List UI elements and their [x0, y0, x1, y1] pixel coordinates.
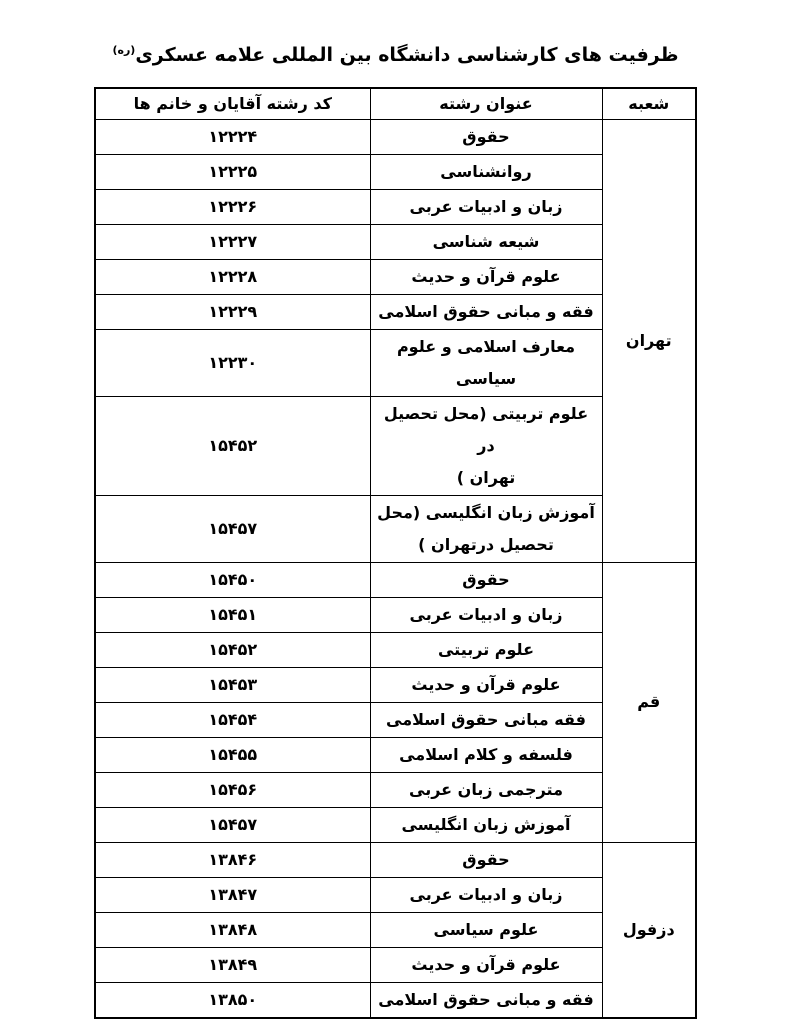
document-page: ظرفیت های کارشناسی دانشگاه بین المللی عل…: [0, 0, 791, 1024]
field-cell: زبان و ادبیات عربی: [370, 877, 602, 912]
field-cell: فقه و مبانی حقوق اسلامی: [370, 294, 602, 329]
field-cell: حقوق: [370, 119, 602, 154]
header-row: شعبه عنوان رشته کد رشته آقایان و خانم ها: [95, 88, 696, 120]
header-branch: شعبه: [602, 88, 696, 120]
field-cell: معارف اسلامی و علوم سیاسی: [370, 329, 602, 396]
field-cell: فلسفه و کلام اسلامی: [370, 737, 602, 772]
field-cell: علوم سیاسی: [370, 912, 602, 947]
field-cell: آموزش زبان انگلیسی: [370, 807, 602, 842]
code-cell: ۱۲۲۲۶: [95, 189, 370, 224]
code-cell: ۱۵۴۵۱: [95, 597, 370, 632]
capacity-table: شعبه عنوان رشته کد رشته آقایان و خانم ها…: [94, 87, 697, 1019]
page-title: ظرفیت های کارشناسی دانشگاه بین المللی عل…: [0, 0, 791, 69]
field-cell: روانشناسی: [370, 154, 602, 189]
branch-cell: دزفول: [602, 842, 696, 1018]
code-cell: ۱۲۲۲۴: [95, 119, 370, 154]
code-cell: ۱۳۸۵۰: [95, 982, 370, 1018]
code-cell: ۱۳۸۴۶: [95, 842, 370, 877]
field-cell: حقوق: [370, 562, 602, 597]
table-row: تهرانحقوق۱۲۲۲۴: [95, 119, 696, 154]
field-cell: علوم قرآن و حدیث: [370, 667, 602, 702]
field-cell: فقه مبانی حقوق اسلامی: [370, 702, 602, 737]
page-title-text: ظرفیت های کارشناسی دانشگاه بین المللی عل…: [135, 44, 678, 66]
branch-cell: قم: [602, 562, 696, 842]
field-cell: زبان و ادبیات عربی: [370, 597, 602, 632]
code-cell: ۱۵۴۵۶: [95, 772, 370, 807]
header-code: کد رشته آقایان و خانم ها: [95, 88, 370, 120]
code-cell: ۱۲۲۲۵: [95, 154, 370, 189]
title-superscript: (ره): [112, 44, 135, 57]
code-cell: ۱۲۲۲۷: [95, 224, 370, 259]
field-cell: علوم تربیتی (محل تحصیل در تهران ): [370, 396, 602, 495]
code-cell: ۱۵۴۵۴: [95, 702, 370, 737]
field-cell: شیعه شناسی: [370, 224, 602, 259]
table-row: قمحقوق۱۵۴۵۰: [95, 562, 696, 597]
code-cell: ۱۵۴۵۳: [95, 667, 370, 702]
code-cell: ۱۳۸۴۸: [95, 912, 370, 947]
code-cell: ۱۵۴۵۲: [95, 632, 370, 667]
field-cell: آموزش زبان انگلیسی (محل تحصیل درتهران ): [370, 495, 602, 562]
code-cell: ۱۵۴۵۵: [95, 737, 370, 772]
field-cell: علوم تربیتی: [370, 632, 602, 667]
field-cell: فقه و مبانی حقوق اسلامی: [370, 982, 602, 1018]
field-cell: علوم قرآن و حدیث: [370, 259, 602, 294]
code-cell: ۱۵۴۵۷: [95, 495, 370, 562]
code-cell: ۱۵۴۵۰: [95, 562, 370, 597]
table-row: دزفولحقوق۱۳۸۴۶: [95, 842, 696, 877]
code-cell: ۱۲۲۲۸: [95, 259, 370, 294]
header-field: عنوان رشته: [370, 88, 602, 120]
field-cell: حقوق: [370, 842, 602, 877]
field-cell: زبان و ادبیات عربی: [370, 189, 602, 224]
code-cell: ۱۲۲۳۰: [95, 329, 370, 396]
code-cell: ۱۵۴۵۲: [95, 396, 370, 495]
field-cell: علوم قرآن و حدیث: [370, 947, 602, 982]
code-cell: ۱۵۴۵۷: [95, 807, 370, 842]
branch-cell: تهران: [602, 119, 696, 562]
code-cell: ۱۲۲۲۹: [95, 294, 370, 329]
field-cell: مترجمی زبان عربی: [370, 772, 602, 807]
code-cell: ۱۳۸۴۷: [95, 877, 370, 912]
code-cell: ۱۳۸۴۹: [95, 947, 370, 982]
